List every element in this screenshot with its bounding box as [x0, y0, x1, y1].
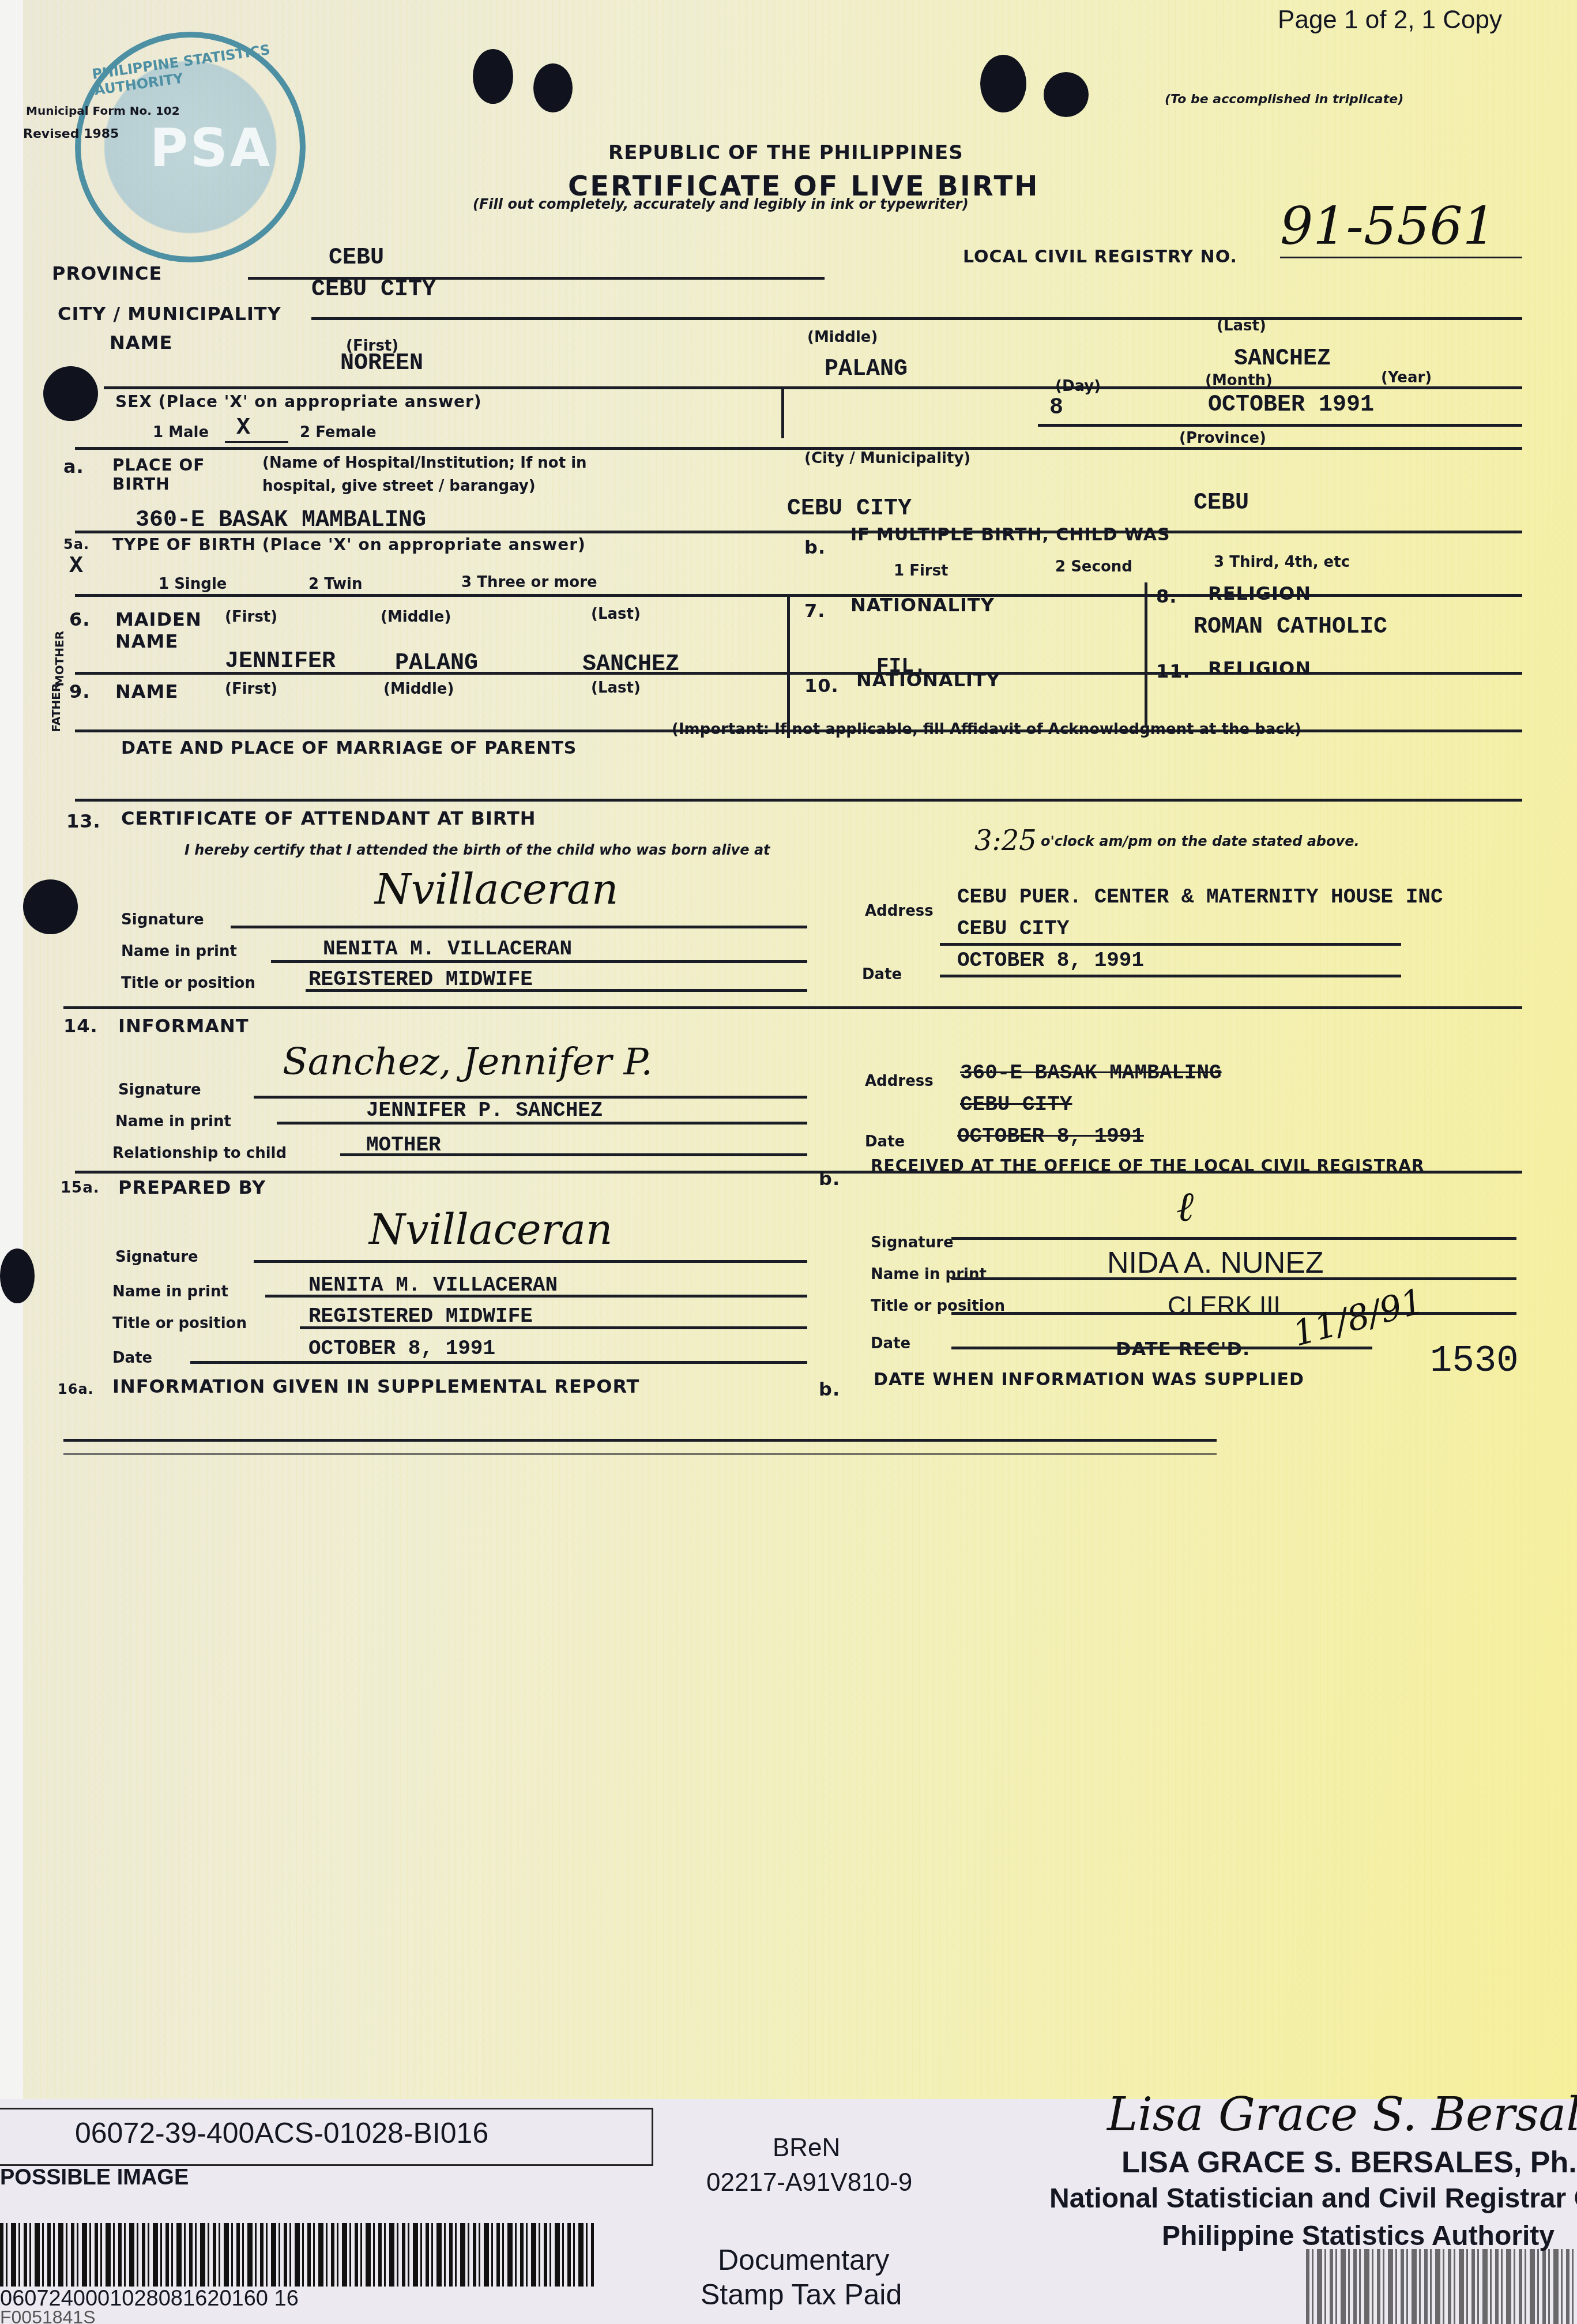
- barcode-right: [1306, 2249, 1577, 2324]
- mother-religion-value: ROMAN CATHOLIC: [1194, 614, 1387, 640]
- divider: [265, 1295, 807, 1298]
- attendant-signature: Nvillaceran: [375, 865, 618, 913]
- dob-day: 8: [1049, 395, 1063, 421]
- received-num: b.: [819, 1168, 840, 1190]
- divider: [277, 1122, 807, 1125]
- possible-image-label: POSSIBLE IMAGE: [0, 2165, 189, 2190]
- divider: [1145, 582, 1147, 727]
- punch-hole: [0, 1249, 35, 1303]
- dob-day-label: (Day): [1055, 378, 1101, 395]
- sex-mark: X: [236, 415, 250, 441]
- mother-religion-num: 8.: [1156, 585, 1177, 607]
- registrar-signature: Lisa Grace S. Bersales: [1107, 2088, 1577, 2141]
- informant-relationship-label: Relationship to child: [112, 1145, 287, 1162]
- province-value: CEBU: [329, 245, 384, 271]
- lcr-value: 91-5561: [1280, 196, 1496, 257]
- mother-religion-label: RELIGION: [1208, 582, 1311, 604]
- informant-num: 14.: [63, 1015, 98, 1037]
- divider: [63, 1453, 1217, 1455]
- sex-female-option: 2 Female: [300, 424, 377, 441]
- lcr-label: LOCAL CIVIL REGISTRY NO.: [963, 247, 1237, 267]
- pob-city: CEBU CITY: [787, 496, 912, 522]
- type-label: TYPE OF BIRTH (Place 'X' on appropriate …: [112, 535, 586, 554]
- city-value: CEBU CITY: [311, 277, 436, 303]
- divider: [75, 799, 1522, 802]
- informant-date: OCTOBER 8, 1991: [957, 1125, 1144, 1148]
- punch-hole: [533, 63, 573, 112]
- multi-third: 3 Third, 4th, etc: [1214, 554, 1350, 571]
- doc-code: 06072-39-400ACS-01028-BI016: [75, 2116, 488, 2150]
- mother-first-label: (First): [225, 608, 277, 626]
- father-religion-label: RELIGION: [1208, 657, 1311, 679]
- child-middle-label: (Middle): [807, 329, 878, 346]
- marriage-label: DATE AND PLACE OF MARRIAGE OF PARENTS: [121, 738, 577, 758]
- divider: [951, 1237, 1516, 1240]
- received-name: NIDA A. NUNEZ: [1107, 1246, 1324, 1280]
- attendant-num: 13.: [66, 810, 101, 832]
- mother-last-label: (Last): [591, 606, 641, 623]
- mother-nationality-num: 7.: [804, 600, 825, 622]
- multi-label: IF MULTIPLE BIRTH, CHILD WAS: [850, 525, 1170, 545]
- mother-name-label: MAIDEN NAME: [115, 608, 213, 652]
- received-date-label: Date: [871, 1335, 910, 1352]
- informant-signature-label: Signature: [118, 1081, 201, 1099]
- divider: [225, 441, 288, 443]
- dob-month-label: (Month): [1205, 372, 1273, 389]
- multi-second: 2 Second: [1055, 558, 1132, 576]
- punch-hole: [980, 55, 1026, 112]
- pob-city-label: (City / Municipality): [804, 450, 970, 467]
- received-name-label: Name in print: [871, 1266, 987, 1283]
- father-name-label: NAME: [115, 680, 178, 702]
- dob-month-year: OCTOBER 1991: [1208, 392, 1374, 418]
- seal-overprint-1: Municipal Form No. 102: [26, 104, 180, 118]
- child-first-name: NOREEN: [340, 351, 423, 377]
- serial-number: F0051841S: [0, 2307, 95, 2324]
- supplemental-b-num: b.: [819, 1378, 840, 1400]
- informant-name: JENNIFER P. SANCHEZ: [366, 1099, 603, 1122]
- father-first-label: (First): [225, 680, 277, 698]
- signatory-org: Philippine Statistics Authority: [1162, 2220, 1555, 2252]
- divider: [271, 960, 807, 963]
- prepared-title-value: REGISTERED MIDWIFE: [308, 1304, 533, 1328]
- pob-num: a.: [63, 456, 84, 477]
- signatory-name: LISA GRACE S. BERSALES, Ph.D.: [1121, 2145, 1577, 2180]
- received-title-value: CLERK III: [1168, 1292, 1281, 1321]
- attendant-title-value: REGISTERED MIDWIFE: [308, 968, 533, 991]
- supplemental-label: INFORMATION GIVEN IN SUPPLEMENTAL REPORT: [112, 1375, 639, 1397]
- attendant-name: NENITA M. VILLACERAN: [323, 937, 572, 961]
- type-num: 5a.: [63, 536, 89, 552]
- psa-seal: PHILIPPINE STATISTICS AUTHORITY PSA: [75, 32, 306, 262]
- sex-male-option: 1 Male: [153, 424, 209, 441]
- divider: [231, 926, 807, 928]
- city-label: CITY / MUNICIPALITY: [58, 303, 281, 325]
- multi-first: 1 First: [894, 562, 949, 580]
- instructions: (Fill out completely, accurately and leg…: [473, 196, 969, 212]
- punch-hole: [1044, 72, 1089, 117]
- top-note: (To be accomplished in triplicate): [1165, 92, 1403, 107]
- page-edge: [0, 0, 23, 2099]
- supplemental-num: 16a.: [58, 1381, 94, 1397]
- attendant-title-label: Title or position: [121, 975, 255, 992]
- prepared-title-label: Title or position: [112, 1315, 247, 1332]
- received-signature-label: Signature: [871, 1234, 954, 1251]
- punch-hole: [43, 366, 98, 421]
- divider: [300, 1326, 807, 1329]
- divider: [190, 1361, 807, 1364]
- father-side-label: FATHER: [49, 683, 63, 732]
- mother-middle-label: (Middle): [381, 608, 451, 626]
- divider: [63, 1006, 1522, 1009]
- informant-signature: Sanchez, Jennifer P.: [283, 1041, 653, 1084]
- prepared-signature: Nvillaceran: [369, 1205, 612, 1254]
- punch-hole: [473, 49, 513, 104]
- prepared-title: PREPARED BY: [118, 1176, 266, 1198]
- informant-address-1: 360-E BASAK MAMBALING: [960, 1061, 1222, 1085]
- child-middle-name: PALANG: [825, 356, 908, 382]
- attendant-address-2: CEBU CITY: [957, 917, 1069, 941]
- punch-hole: [23, 879, 78, 934]
- father-middle-label: (Middle): [383, 680, 454, 698]
- pob-street: 360-E BASAK MAMBALING: [136, 507, 426, 533]
- mother-first-name: JENNIFER: [225, 649, 336, 675]
- pob-province: CEBU: [1194, 490, 1249, 516]
- sex-label: SEX (Place 'X' on appropriate answer): [115, 392, 482, 411]
- divider: [63, 1439, 1217, 1442]
- attendant-title: CERTIFICATE OF ATTENDANT AT BIRTH: [121, 807, 536, 829]
- father-last-label: (Last): [591, 679, 641, 697]
- type-triplet: 3 Three or more: [461, 574, 597, 591]
- marriage-note: (Important: If not applicable, fill Affi…: [672, 721, 1301, 738]
- informant-title: INFORMANT: [118, 1015, 249, 1037]
- pob-label: PLACE OF BIRTH: [112, 456, 210, 494]
- prepared-name: NENITA M. VILLACERAN: [308, 1273, 558, 1297]
- mother-nationality-label: NATIONALITY: [850, 594, 995, 616]
- divider: [951, 1312, 1516, 1315]
- received-date-handwritten: 11/8/91: [1289, 1281, 1428, 1354]
- type-twin: 2 Twin: [308, 576, 362, 593]
- divider: [75, 447, 1522, 450]
- informant-address-2: CEBU CITY: [960, 1093, 1072, 1116]
- received-stamp-number: 1530: [1430, 1341, 1519, 1382]
- psa-footer: 06072-39-400ACS-01028-BI016 POSSIBLE IMA…: [0, 2099, 1577, 2324]
- divider: [306, 989, 807, 992]
- pob-province-label: (Province): [1179, 430, 1266, 447]
- attendant-date: OCTOBER 8, 1991: [957, 949, 1144, 972]
- divider: [311, 317, 1522, 320]
- father-religion-num: 11.: [1156, 660, 1191, 682]
- received-title: RECEIVED AT THE OFFICE OF THE LOCAL CIVI…: [871, 1156, 1425, 1175]
- attendant-statement-2: o'clock am/pm on the date stated above.: [1041, 833, 1360, 849]
- divider: [781, 386, 784, 438]
- divider: [951, 1277, 1516, 1280]
- child-last-name: SANCHEZ: [1234, 346, 1331, 372]
- divider: [75, 531, 1522, 533]
- prepared-num: 15a.: [61, 1179, 100, 1197]
- stamp-tax-line-2: Stamp Tax Paid: [701, 2278, 902, 2311]
- stamp-tax-line-1: Documentary: [718, 2243, 889, 2277]
- child-name-label: NAME: [110, 332, 172, 354]
- father-nationality-num: 10.: [804, 675, 839, 697]
- informant-date-label: Date: [865, 1133, 905, 1150]
- republic-heading: REPUBLIC OF THE PHILIPPINES: [608, 141, 963, 164]
- seal-overprint-2: Revised 1985: [23, 127, 119, 141]
- attendant-name-label: Name in print: [121, 943, 237, 960]
- page-info: Page 1 of 2, 1 Copy: [1278, 6, 1502, 35]
- attendant-address-1: CEBU PUER. CENTER & MATERNITY HOUSE INC: [957, 885, 1443, 909]
- divider: [1280, 257, 1522, 258]
- pob-hint-2: hospital, give street / barangay): [262, 477, 536, 495]
- prepared-signature-label: Signature: [115, 1249, 198, 1266]
- supplemental-b-label: DATE WHEN INFORMATION WAS SUPPLIED: [874, 1370, 1304, 1390]
- pob-hint-1: (Name of Hospital/Institution; If not in: [262, 454, 587, 472]
- child-last-label: (Last): [1217, 317, 1266, 334]
- dob-year-label: (Year): [1381, 369, 1432, 386]
- mother-num: 6.: [69, 608, 90, 630]
- attendant-statement-1: I hereby certify that I attended the bir…: [185, 842, 770, 858]
- mother-side-label: MOTHER: [52, 631, 66, 686]
- divider: [104, 386, 1522, 389]
- divider: [254, 1260, 807, 1263]
- seal-center-text: PSA: [150, 118, 272, 179]
- divider: [940, 975, 1401, 977]
- divider: [787, 594, 790, 738]
- bren-label: BReN: [773, 2134, 840, 2163]
- prepared-date-label: Date: [112, 1349, 152, 1367]
- father-nationality-label: NATIONALITY: [856, 669, 1000, 691]
- received-signature-mark: ℓ: [1176, 1182, 1194, 1231]
- informant-name-label: Name in print: [115, 1113, 231, 1130]
- province-label: PROVINCE: [52, 262, 162, 284]
- prepared-date: OCTOBER 8, 1991: [308, 1337, 495, 1360]
- multi-num: b.: [804, 536, 826, 558]
- divider: [951, 1347, 1372, 1349]
- signatory-title: National Statistician and Civil Registra…: [1049, 2183, 1577, 2214]
- type-mark: X: [69, 554, 83, 580]
- attendant-date-label: Date: [862, 966, 902, 983]
- prepared-name-label: Name in print: [112, 1283, 228, 1300]
- type-single: 1 Single: [159, 576, 227, 593]
- attendant-signature-label: Signature: [121, 911, 204, 928]
- bren-value: 02217-A91V810-9: [706, 2168, 912, 2197]
- informant-address-label: Address: [865, 1073, 934, 1090]
- divider: [1038, 424, 1522, 427]
- attendant-time: 3:25: [974, 825, 1037, 857]
- father-num: 9.: [69, 680, 90, 702]
- attendant-address-label: Address: [865, 902, 934, 920]
- seal-ring-text: PHILIPPINE STATISTICS AUTHORITY: [91, 37, 301, 99]
- divider: [940, 943, 1401, 946]
- divider: [340, 1153, 807, 1156]
- barcode: [0, 2223, 594, 2287]
